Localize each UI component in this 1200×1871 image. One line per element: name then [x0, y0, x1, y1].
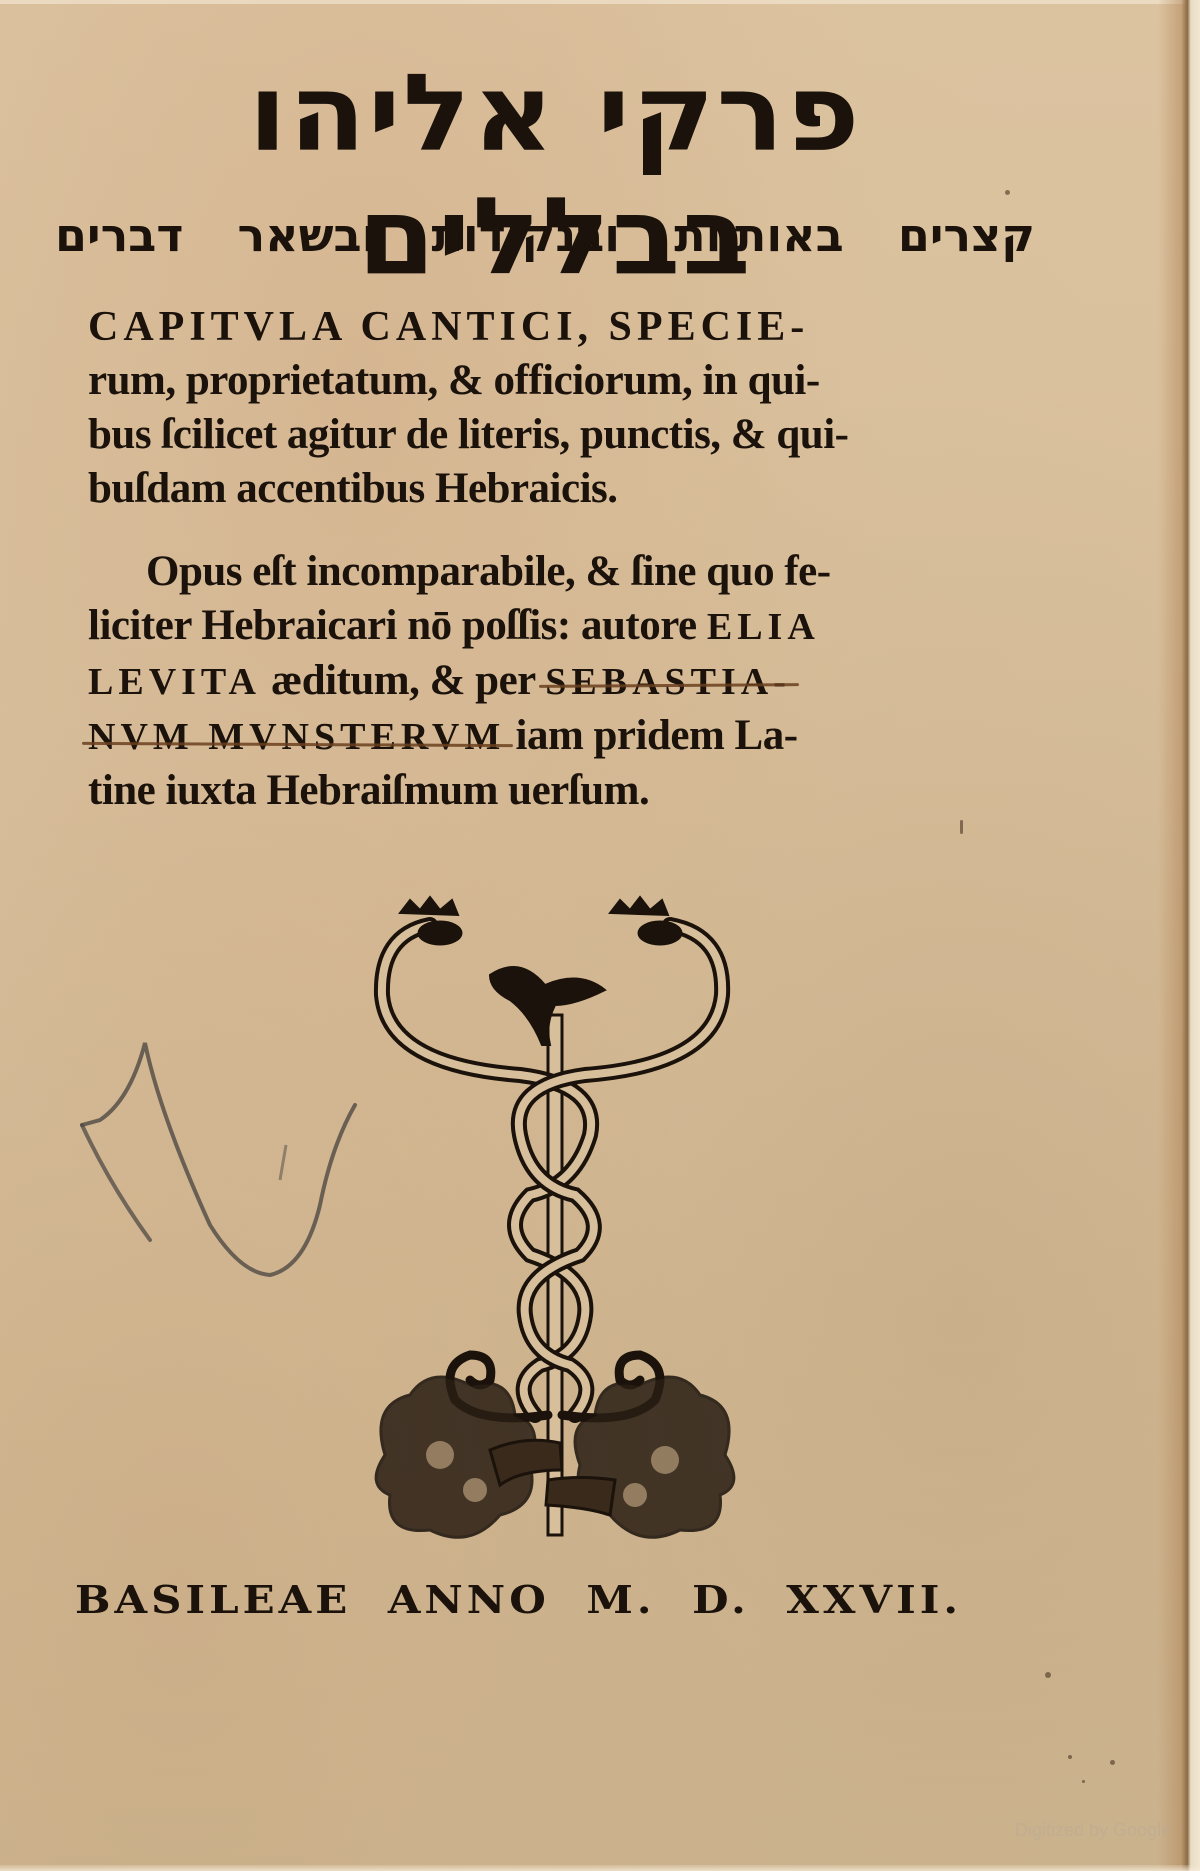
imprint-line: BASILEAE ANNO M. D. XXVII.: [75, 1574, 1055, 1626]
page-bottom-edge: [0, 1865, 1200, 1871]
paper-speck: [1110, 1760, 1115, 1765]
paper-speck: [1045, 1672, 1051, 1678]
printer-device-caduceus: [370, 895, 740, 1555]
paper-speck: [1068, 1755, 1072, 1759]
para-line-3: LEVITA æditum, & per SEBASTIA-: [88, 654, 1018, 709]
title-page: פרקי אליהו בבללים קצרים באותיות ובנקודות…: [0, 0, 1200, 1871]
para-line-5: tine iuxta Hebraiſmum uerſum.: [88, 764, 1018, 818]
author-name-cont: LEVITA: [88, 661, 261, 703]
para-line-4: NVM MVNSTERVM iam pridem La-: [88, 709, 1018, 764]
paper-speck: [1005, 190, 1010, 195]
description-paragraph: Opus eſt incomparabile, & ſine quo fe- l…: [88, 545, 1018, 818]
pencil-annotation-mark: [70, 1005, 370, 1285]
latin-title-block: CAPITVLA CANTICI, SPECIE- rum, proprieta…: [88, 300, 1018, 516]
latin-line-1: rum, proprietatum, & officiorum, in qui-: [88, 354, 1018, 408]
latin-heading: CAPITVLA CANTICI, SPECIE-: [88, 300, 1018, 354]
paper-speck: [960, 820, 963, 834]
censored-name: SEBASTIA-: [545, 655, 791, 709]
page-top-edge: [0, 0, 1200, 4]
latin-line-3: buſdam accentibus Hebraicis.: [88, 462, 1018, 516]
page-right-edge: [1158, 0, 1200, 1871]
para-line-1: Opus eſt incomparabile, & ſine quo fe-: [88, 545, 1018, 599]
censored-name-cont: NVM MVNSTERVM: [88, 710, 505, 764]
latin-line-2: bus ſcilicet agitur de literis, punctis,…: [88, 408, 1018, 462]
hebrew-subtitle: קצרים באותיות ובנקודות ובשאר דברים: [55, 205, 1035, 265]
digitization-watermark: Digitized by Google: [1015, 1820, 1185, 1841]
paper-speck: [1082, 1780, 1085, 1783]
author-name: ELIA: [707, 606, 820, 648]
para-line-2: liciter Hebraicari nō poſſis: autore ELI…: [88, 599, 1018, 654]
